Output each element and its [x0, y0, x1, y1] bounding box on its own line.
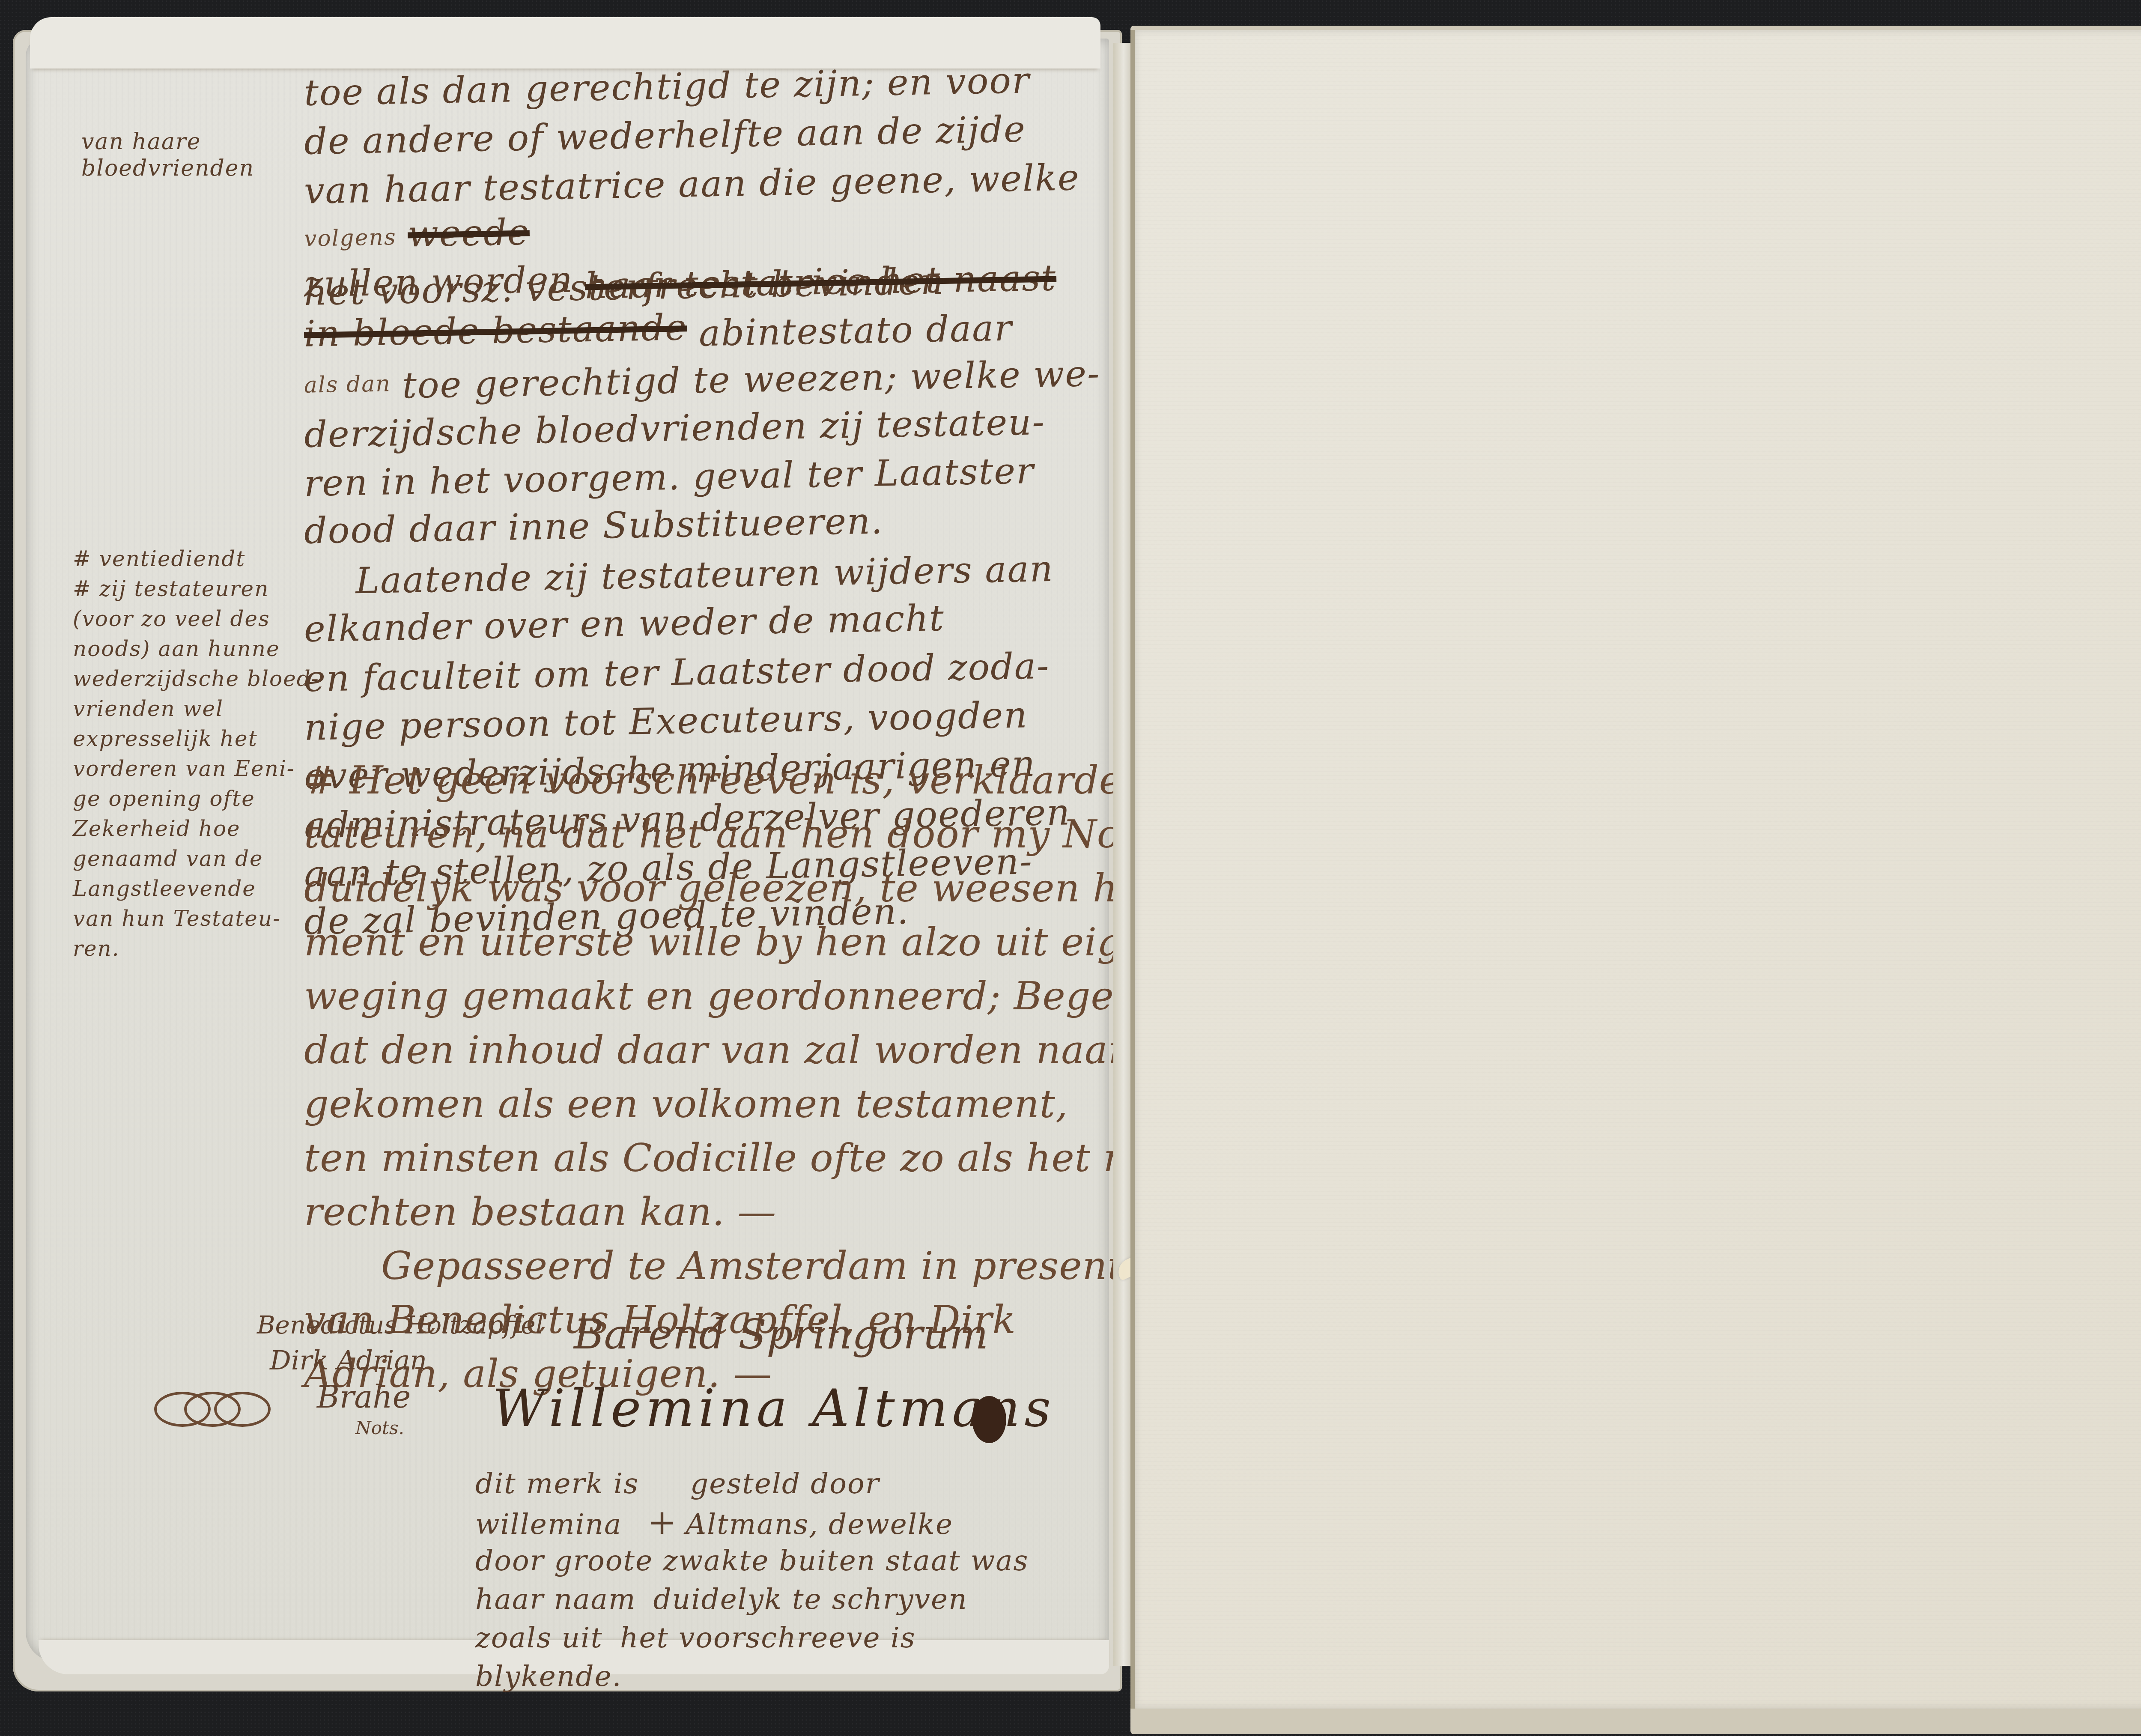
- line-text: tateuren, na dat het aan hen door my Not…: [304, 812, 1212, 857]
- margin-note-line: ge opening ofte: [73, 784, 313, 814]
- line-text: van haar testatrice aan die geene, welke: [304, 153, 1080, 215]
- note-right-text: door groote zwakte buiten staat was: [475, 1544, 1029, 1577]
- text-line: nige persoon tot Executeurs, voogden: [304, 697, 1109, 746]
- text-line: de andere of wederhelfte aan de zijde: [304, 111, 1109, 160]
- struck-text: in bloede bestaande: [304, 303, 688, 358]
- text-line: tateuren, na dat het aan hen door my Not…: [304, 808, 1109, 862]
- text-line: en faculteit om ter Laatster dood zoda-: [304, 648, 1109, 697]
- line-text: abintestato daar: [698, 304, 1013, 358]
- line-text: Laatende zij testateuren wijders aan: [355, 544, 1054, 605]
- margin-text: vorderen van Eeni-: [73, 756, 295, 781]
- text-line: dat den inhoud daar van zal worden naar-: [304, 1023, 1109, 1077]
- line-text: gekomen als een volkomen testament,: [304, 1082, 1068, 1127]
- interlinear-insertion: als dan: [304, 359, 391, 410]
- margin-text: genaamd van de: [73, 846, 263, 871]
- interlinear-insertion: volgens: [304, 213, 397, 263]
- note-right-text: duidelyk te schryven: [653, 1583, 968, 1616]
- margin-note-line: Zekerheid hoe: [73, 814, 313, 844]
- margin-note-line: vorderen van Eeni-: [73, 754, 313, 784]
- signature-witness-2: Dirk Adrian: [270, 1345, 427, 1376]
- text-line: ren in het voorgem. geval ter Laatster: [304, 453, 1109, 501]
- note-line: haar naamduidelyk te schryven: [475, 1580, 1029, 1619]
- struck-text: weede: [407, 208, 530, 259]
- margin-note-line: vrienden wel: [73, 694, 313, 724]
- text-line: Gepasseerd te Amsterdam in presentie: [304, 1239, 1109, 1293]
- note-right-text: Altmans, dewelke: [686, 1508, 953, 1541]
- note-right-text: gesteld door: [690, 1467, 880, 1500]
- note-right-text: het voorschreeve is: [620, 1621, 916, 1654]
- margin-note-line: ren.: [73, 934, 313, 963]
- text-line: duidelyk was voor geleezen, te weesen hu…: [304, 862, 1109, 916]
- note-left-text: zoals uit: [475, 1621, 603, 1654]
- line-text: ren in het voorgem. geval ter Laatster: [304, 446, 1035, 508]
- ink-blot: [972, 1396, 1006, 1443]
- text-line: weging gemaakt en geordonneerd; Begeeren…: [304, 969, 1109, 1023]
- line-text: rechten bestaan kan. —: [304, 1190, 776, 1235]
- margin-text: # ventiediendt: [73, 546, 245, 571]
- note-left-text: willemina: [475, 1508, 622, 1541]
- margin-text: # zij testateuren: [73, 576, 269, 601]
- spine-fold: [1130, 30, 1135, 1709]
- note-left-text: dit merk is: [475, 1467, 639, 1500]
- text-line: gekomen als een volkomen testament,: [304, 1077, 1109, 1131]
- margin-text: vrienden wel: [73, 696, 224, 721]
- signature-notary: Brahe: [317, 1379, 411, 1415]
- text-line: derzijdsche bloedvrienden zij testateu-: [304, 404, 1109, 453]
- text-line: zullen worden haar testatrice het naast: [304, 257, 1109, 306]
- line-text: ten minsten als Codicille ofte zo als he…: [304, 1136, 1194, 1181]
- signature-testatrix: Willemina Altmans: [492, 1379, 1055, 1438]
- margin-text: ge opening ofte: [73, 786, 255, 811]
- margin-note-line: noods) aan hunne: [73, 634, 313, 664]
- margin-text: noods) aan hunne: [73, 636, 280, 661]
- formal-text-block: # Het geen voorschreeven is, verklaarden…: [304, 754, 1109, 1401]
- notary-flourish-loop: [214, 1392, 271, 1427]
- struck-text: haar testatrice het naast: [584, 253, 1057, 310]
- text-line: volgens weede het voorsz. vesterfrecht b…: [304, 209, 1109, 257]
- text-line: Laatende zij testateuren wijders aan: [304, 550, 1109, 599]
- margin-note-line: van hun Testateu-: [73, 904, 313, 934]
- margin-note-line: genaamd van de: [73, 844, 313, 874]
- margin-note-line: (voor zo veel des: [73, 604, 313, 634]
- line-text: weging gemaakt en geordonneerd; Begeeren…: [304, 974, 1253, 1019]
- text-line: van haar testatrice aan die geene, welke: [304, 160, 1109, 209]
- text-line: rechten bestaan kan. —: [304, 1185, 1109, 1239]
- text-line: toe als dan gerechtigd te zijn; en voor: [304, 62, 1109, 111]
- signature-witness-1: Benedictus Holtzapffel: [257, 1310, 543, 1339]
- margin-text: wederzijdsche bloed-: [73, 666, 319, 691]
- notary-title: Nots.: [355, 1417, 404, 1438]
- margin-text: Zekerheid hoe: [73, 816, 241, 841]
- margin-note-line: # ventiediendt: [73, 544, 313, 574]
- margin-text: expresselijk het: [73, 726, 258, 751]
- text-line: in bloede bestaande abintestato daar: [304, 306, 1109, 355]
- text-line: ten minsten als Codicille ofte zo als he…: [304, 1131, 1109, 1185]
- margin-note-top: van haare bloedvrienden: [81, 128, 254, 182]
- text-line: als dan toe gerechtigd te weezen; welke …: [304, 355, 1109, 404]
- margin-note-line: wederzijdsche bloed-: [73, 664, 313, 694]
- line-text: zullen worden: [304, 255, 574, 309]
- note-right-text: blykende.: [475, 1660, 622, 1693]
- margin-text: Langstleevende: [73, 876, 256, 901]
- margin-text: van hun Testateu-: [73, 906, 281, 931]
- text-line: ment en uiterste wille by hen alzo uit e…: [304, 916, 1109, 969]
- note-left-text: haar naam: [475, 1583, 636, 1616]
- margin-note-line: # zij testateuren: [73, 574, 313, 604]
- note-line: willemina+Altmans, dewelke: [475, 1503, 1029, 1542]
- closing-attestation-note: dit merk isgesteld door willemina+Altman…: [475, 1465, 1029, 1696]
- margin-note-line: expresselijk het: [73, 724, 313, 754]
- text-line: elkander over en weder de macht: [304, 599, 1109, 648]
- line-text: Gepasseerd te Amsterdam in presentie: [381, 1244, 1160, 1289]
- right-page-blank: [1135, 30, 2141, 1709]
- signature-testator: Barend Springorum: [574, 1310, 988, 1358]
- margin-note-addition: # ventiediendt # zij testateuren (voor z…: [73, 544, 313, 963]
- line-text: dat den inhoud daar van zal worden naar-: [304, 1028, 1140, 1073]
- note-line: dit merk isgesteld door: [475, 1465, 1029, 1503]
- note-line: door groote zwakte buiten staat was: [475, 1542, 1029, 1580]
- text-line: dood daar inne Substitueeren.: [304, 501, 1109, 550]
- text-line: # Het geen voorschreeven is, verklaarden…: [304, 754, 1109, 808]
- note-line: zoals uithet voorschreeve is: [475, 1619, 1029, 1657]
- margin-text: ren.: [73, 936, 120, 961]
- note-line: blykende.: [475, 1657, 1029, 1696]
- margin-note-line: bloedvrienden: [81, 155, 254, 182]
- margin-note-line: van haare: [81, 128, 254, 155]
- margin-note-line: Langstleevende: [73, 874, 313, 904]
- margin-text: (voor zo veel des: [73, 606, 270, 631]
- line-text: dood daar inne Substitueeren.: [304, 496, 884, 555]
